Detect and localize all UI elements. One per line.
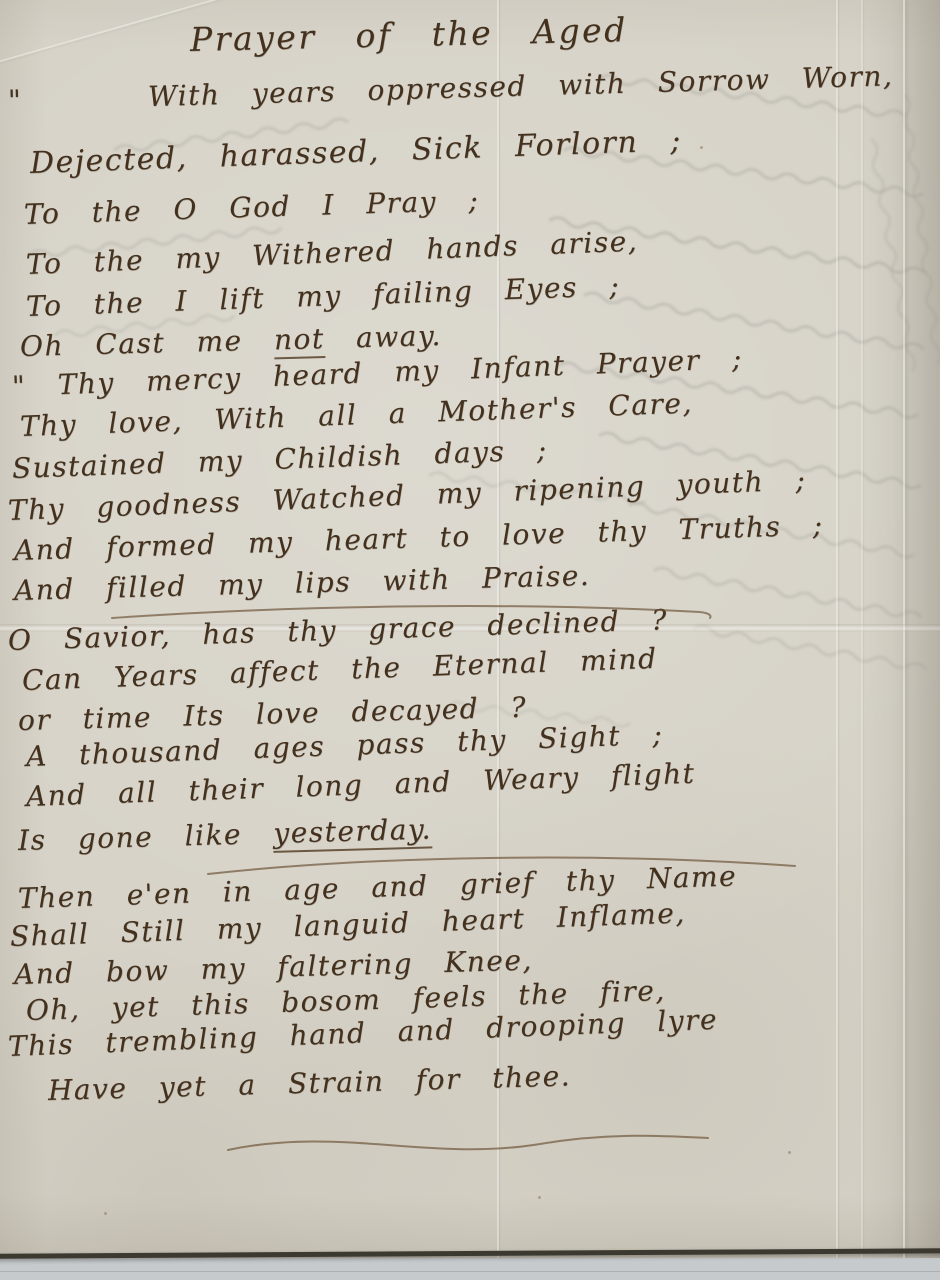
poem-line-2: Dejected, harassed, Sick Forlorn ; (29, 123, 682, 181)
manuscript-page: Prayer of the Aged " With years oppresse… (0, 0, 940, 1258)
poem-line-1: " With years oppressed with Sorrow Worn, (8, 59, 894, 117)
poem-title: Prayer of the Aged (190, 10, 629, 59)
ghost-stroke (584, 292, 923, 352)
poem-line-18: Is gone like yesterday. (18, 812, 433, 857)
ink-speck (700, 146, 703, 149)
ghost-stroke (654, 567, 921, 621)
scanner-bed-line (0, 1271, 940, 1272)
line-text: Is gone like (18, 817, 274, 857)
underlined-word: not (274, 322, 326, 359)
poem-line-24: Have yet a Strain for thee. (48, 1059, 572, 1107)
poem-line-3: To the O God I Pray ; (23, 184, 479, 231)
line-text: Oh Cast me (20, 323, 275, 363)
closing-flourish (228, 1136, 708, 1150)
underlined-word: yesterday. (273, 812, 433, 852)
ink-speck (788, 1151, 791, 1154)
poem-line-12: And filled my lips with Praise. (14, 559, 591, 607)
ink-speck (538, 1196, 541, 1199)
line-text: away. (324, 319, 442, 355)
page-edge-shading (892, 0, 940, 1258)
scanned-document: Prayer of the Aged " With years oppresse… (0, 0, 940, 1280)
ink-speck (104, 1212, 107, 1215)
